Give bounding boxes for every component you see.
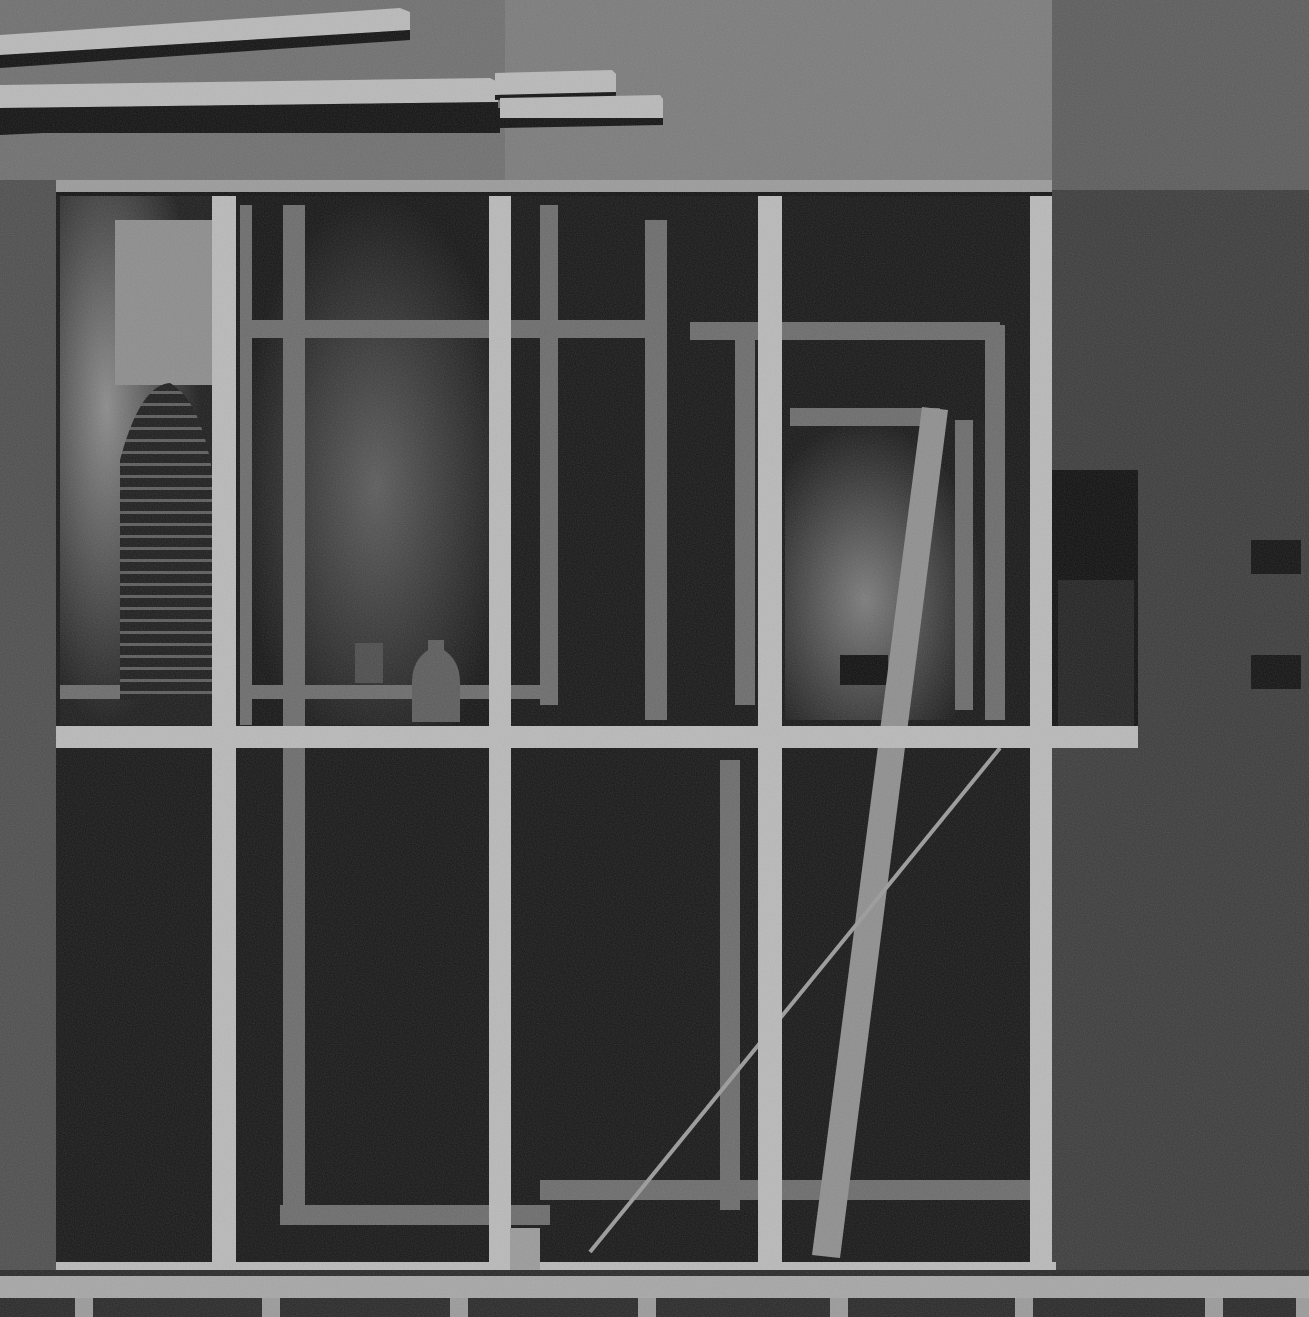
film-grain-overlay [0, 0, 1309, 1317]
framing-scene [0, 0, 1309, 1317]
framing-photograph: Black-and-white photograph of exposed wo… [0, 0, 1309, 1317]
